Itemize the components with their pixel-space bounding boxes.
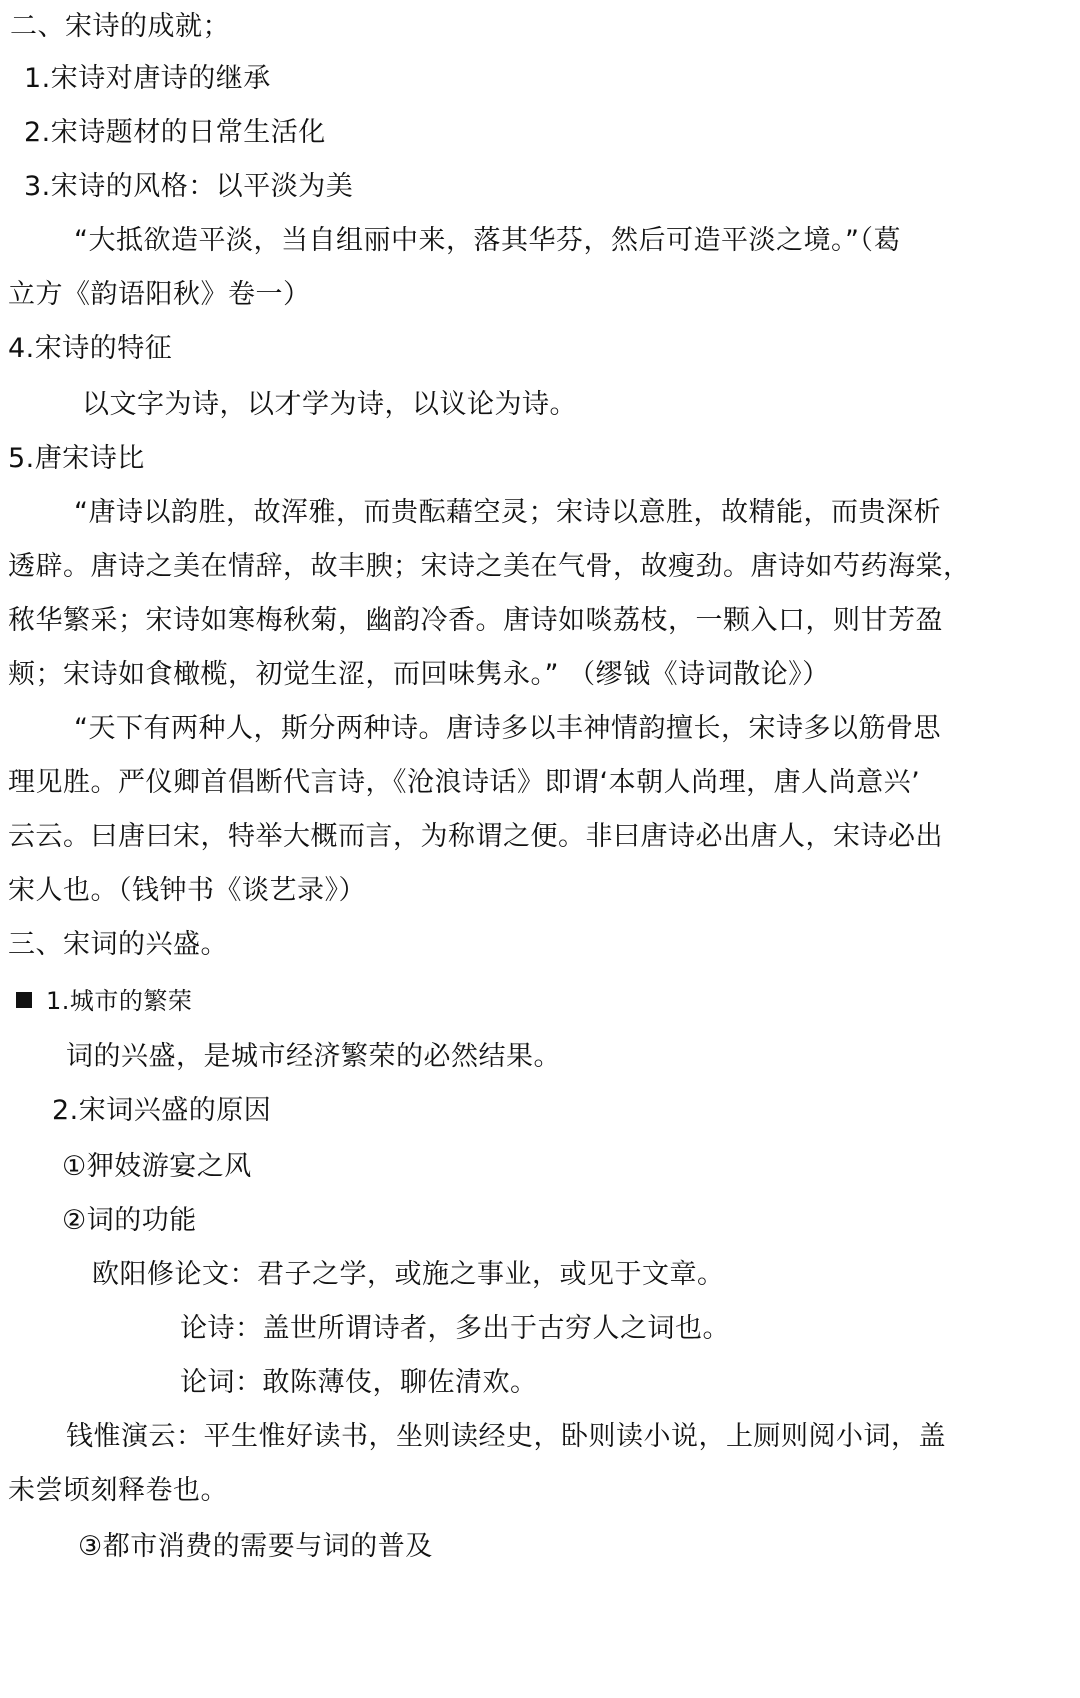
- qian-weiyan-quote-line-1: 钱惟演云：平生惟好读书，坐则读经史，卧则读小说，上厕则阅小词，盖: [66, 1410, 946, 1464]
- reason-2: ②词的功能: [62, 1194, 197, 1248]
- quote-qian-zhongshu-line-2: 理见胜。严仪卿首倡断代言诗，《沧浪诗话》即谓‘本朝人尚理，唐人尚意兴’: [8, 756, 920, 810]
- ouyang-xiu-lun-shi: 论诗：盖世所谓诗者，多出于古穷人之词也。: [180, 1302, 730, 1356]
- quote-qian-zhongshu-line-1: “天下有两种人，斯分两种诗。唐诗多以丰神情韵擅长，宋诗多以筋骨思: [74, 702, 941, 756]
- section-3-item-2-heading: 2.宋词兴盛的原因: [52, 1084, 271, 1138]
- section-2-item-3: 3.宋诗的风格：以平淡为美: [24, 160, 353, 214]
- section-3-item-1-heading: 1.城市的繁荣: [46, 987, 192, 1015]
- ouyang-xiu-lun-wen: 欧阳修论文：君子之学，或施之事业，或见于文章。: [92, 1248, 725, 1302]
- quote-ge-lifang-line-2: 立方《韵语阳秋》卷一）: [8, 268, 311, 322]
- black-square-bullet-icon: [16, 992, 32, 1008]
- section-2-item-1: 1.宋诗对唐诗的继承: [24, 52, 271, 106]
- quote-miao-yue-line-1: “唐诗以韵胜，故浑雅，而贵酝藉空灵；宋诗以意胜，故精能，而贵深析: [74, 486, 941, 540]
- section-2-item-4-text: 以文字为诗，以才学为诗，以议论为诗。: [82, 378, 577, 432]
- section-2-heading: 二、宋诗的成就；: [10, 0, 230, 54]
- quote-miao-yue-line-4: 颊；宋诗如食橄榄，初觉生涩，而回味隽永。” （缪钺《诗词散论》）: [8, 648, 830, 702]
- quote-qian-zhongshu-line-3: 云云。曰唐曰宋，特举大概而言，为称谓之便。非曰唐诗必出唐人，宋诗必出: [8, 810, 943, 864]
- section-2-item-2: 2.宋诗题材的日常生活化: [24, 106, 326, 160]
- reason-3: ③都市消费的需要与词的普及: [78, 1520, 433, 1574]
- section-2-item-4-heading: 4.宋诗的特征: [8, 322, 172, 376]
- quote-qian-zhongshu-line-4: 宋人也。（钱钟书《谈艺录》）: [8, 864, 366, 918]
- section-2-item-5-heading: 5.唐宋诗比: [8, 432, 145, 486]
- section-3-item-1-text: 词的兴盛，是城市经济繁荣的必然结果。: [66, 1030, 561, 1084]
- ouyang-xiu-lun-ci: 论词：敢陈薄伎，聊佐清欢。: [180, 1356, 538, 1410]
- quote-ge-lifang-line-1: “大抵欲造平淡，当自组丽中来，落其华芬，然后可造平淡之境。”（葛: [74, 214, 901, 268]
- section-3-item-1: 1.城市的繁荣: [16, 974, 192, 1028]
- section-3-heading: 三、宋词的兴盛。: [8, 918, 228, 972]
- quote-miao-yue-line-2: 透辟。唐诗之美在情辞，故丰腴；宋诗之美在气骨，故瘦劲。唐诗如芍药海棠，: [8, 540, 971, 594]
- quote-miao-yue-line-3: 秾华繁采；宋诗如寒梅秋菊，幽韵冷香。唐诗如啖荔枝，一颗入口，则甘芳盈: [8, 594, 943, 648]
- reason-1: ①狎妓游宴之风: [62, 1140, 252, 1194]
- qian-weiyan-quote-line-2: 未尝顷刻释卷也。: [8, 1464, 228, 1518]
- document-page: 二、宋诗的成就； 1.宋诗对唐诗的继承 2.宋诗题材的日常生活化 3.宋诗的风格…: [0, 0, 1080, 1698]
